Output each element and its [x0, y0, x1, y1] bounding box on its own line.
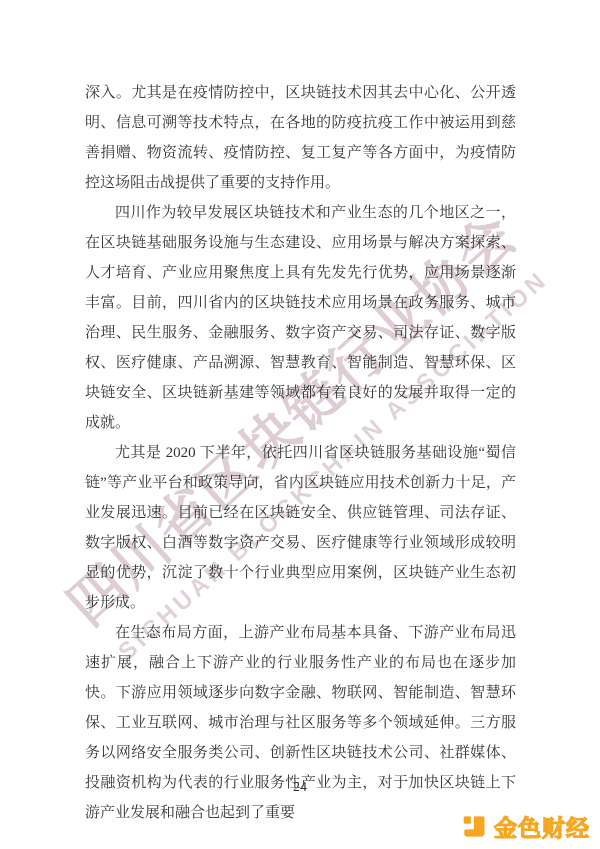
document-page: 四川省区块链行业协会 SICHUAN BLOCKCHAIN ASSOCIATIO…: [0, 0, 600, 849]
jinse-logo-text: 金色财经: [494, 810, 590, 843]
jinse-logo-icon: [462, 813, 489, 840]
document-body: 深入。尤其是在疫情防控中，区块链技术因其去中心化、公开透明、信息可溯等技术特点，…: [85, 78, 516, 828]
jinse-finance-logo: 金色财经: [462, 810, 590, 843]
paragraph-3: 尤其是 2020 下半年，依托四川省区块链服务基础设施“蜀信链”等产业平台和政策…: [85, 438, 516, 618]
page-number: 24: [0, 780, 600, 796]
paragraph-1: 深入。尤其是在疫情防控中，区块链技术因其去中心化、公开透明、信息可溯等技术特点，…: [85, 78, 516, 198]
paragraph-2: 四川作为较早发展区块链技术和产业生态的几个地区之一，在区块链基础服务设施与生态建…: [85, 198, 516, 438]
paragraph-4: 在生态布局方面，上游产业布局基本具备、下游产业布局迅速扩展，融合上下游产业的行业…: [85, 618, 516, 828]
